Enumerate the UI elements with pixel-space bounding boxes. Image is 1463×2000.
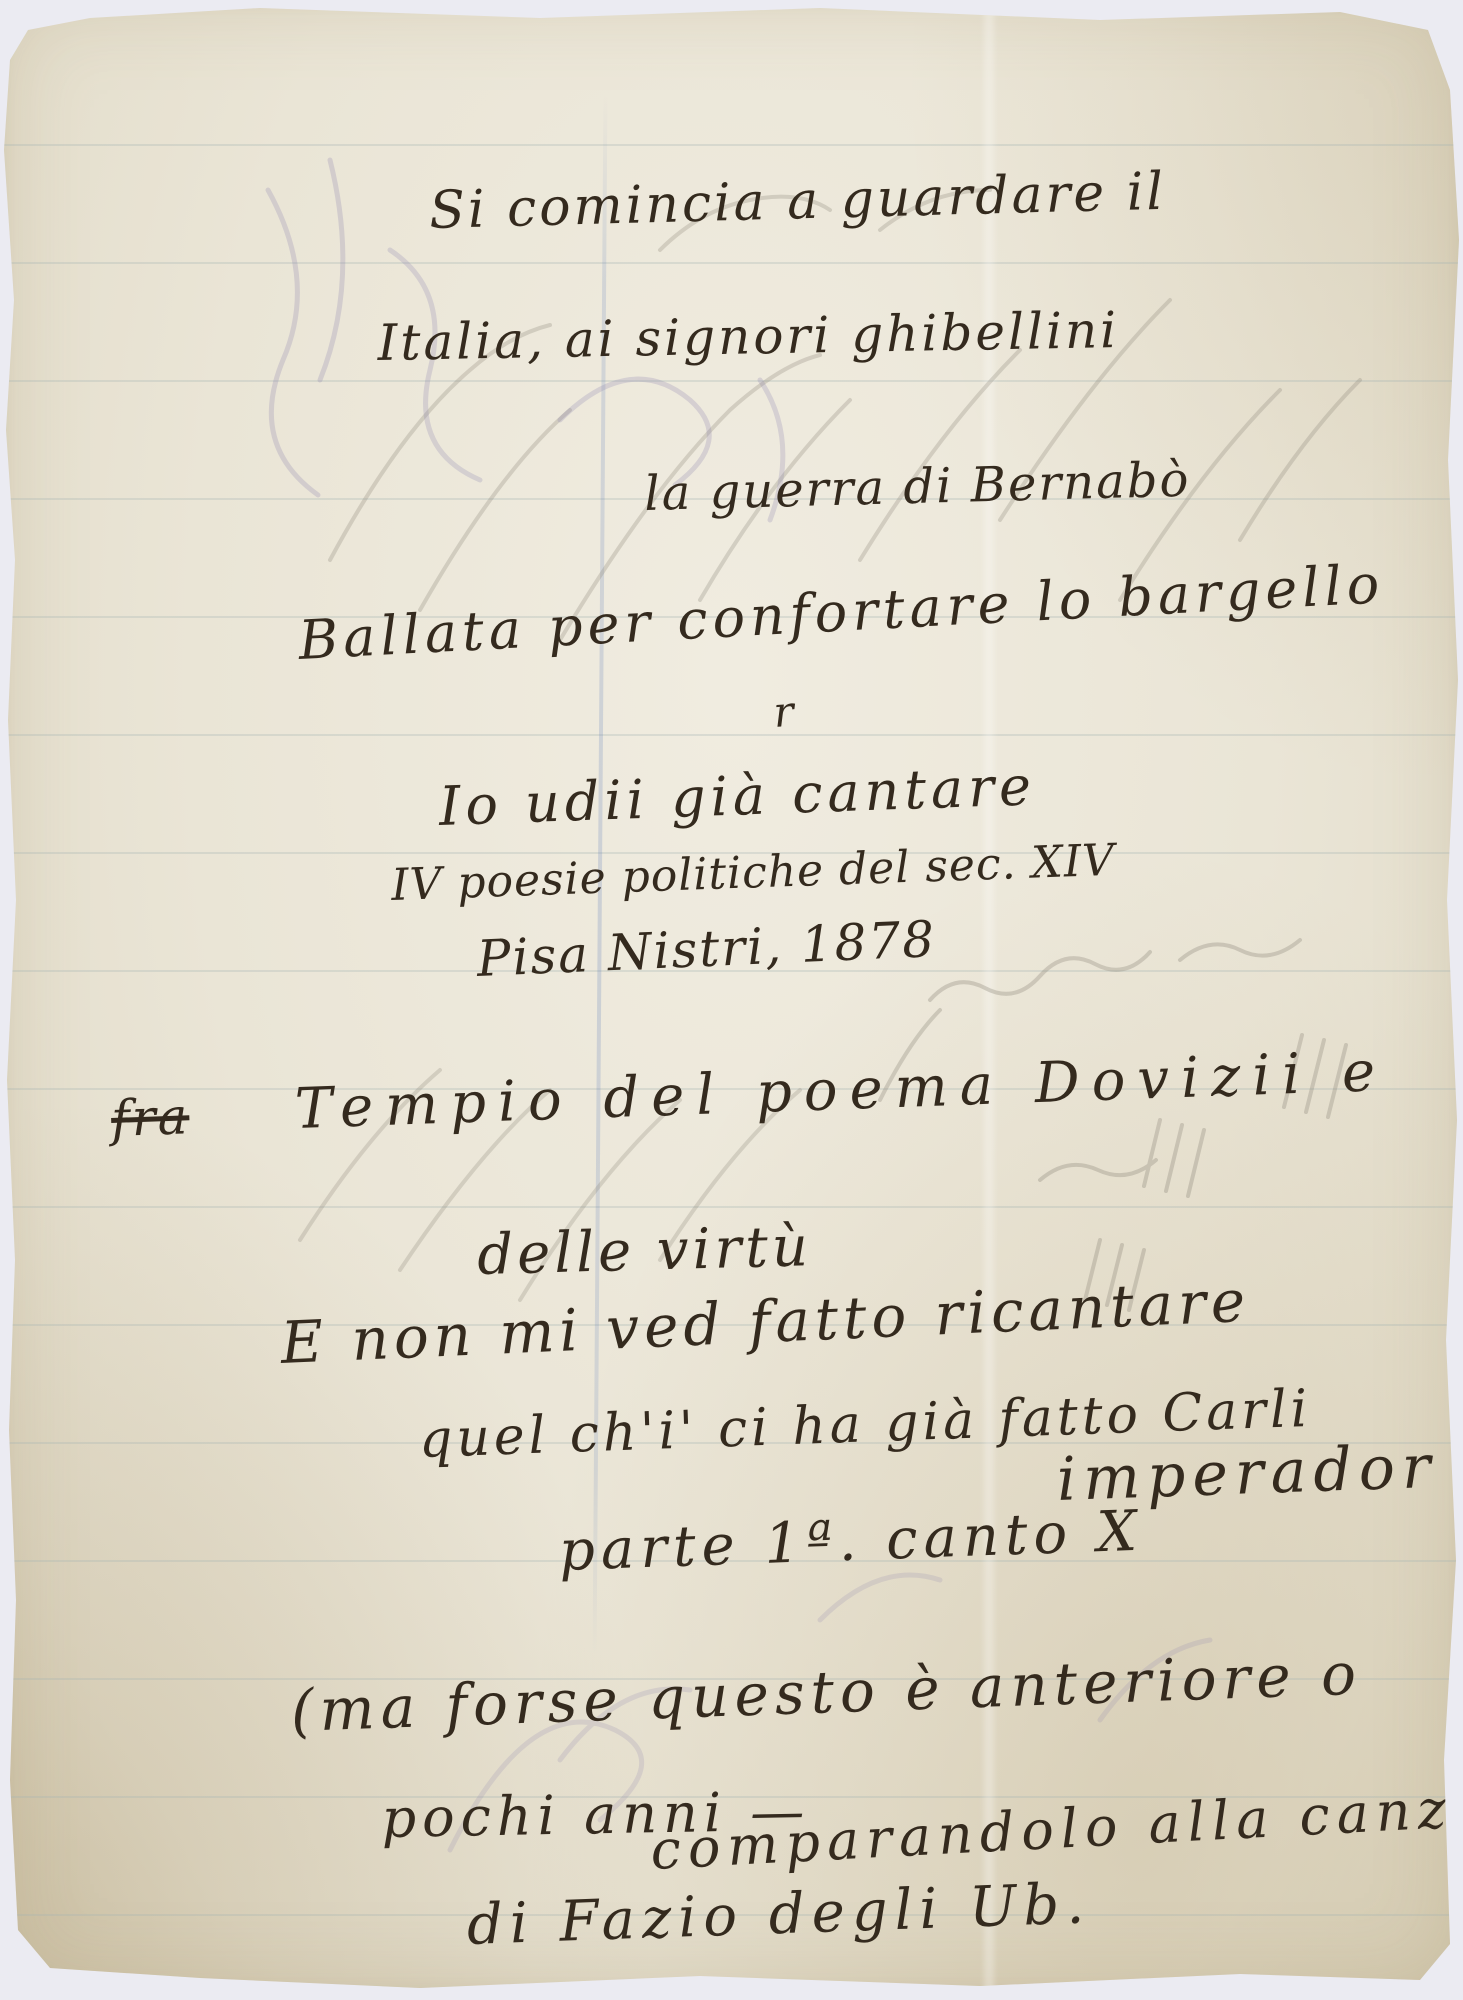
handwriting-line-2: Italia, ai signori ghibellini — [377, 305, 1119, 368]
handwriting-word-struck: fra — [110, 1091, 190, 1144]
handwriting-line-8: Tempio del poema Dovizii e — [294, 1044, 1388, 1138]
paper-sheet: Si comincia a guardare il Italia, ai sig… — [0, 0, 1463, 1992]
handwriting-line-1: Si comincia a guardare il — [429, 166, 1167, 237]
handwriting-line-7: Pisa Nistri, 1878 — [476, 914, 937, 984]
handwriting-line-17: di Fazio degli Ub. — [466, 1876, 1092, 1954]
handwriting-line-5: Io udii già cantare — [438, 759, 1037, 834]
handwriting-line-4: Ballata per confortare lo bargello — [297, 557, 1385, 668]
handwriting-line-14: (ma forse questo è anteriore o — [290, 1645, 1363, 1740]
handwriting-line-13: parte 1ª. canto X — [558, 1504, 1144, 1580]
handwriting-line-10: E non mi ved fatto ricantare — [279, 1272, 1251, 1372]
handwriting-line-3: la guerra di Bernabò — [644, 456, 1191, 518]
handwriting-mark: r — [772, 691, 795, 734]
handwriting-line-6: IV poesie politiche del sec. XIV — [390, 839, 1115, 908]
scanned-document: Si comincia a guardare il Italia, ai sig… — [0, 0, 1463, 2000]
handwriting-line-9: delle virtù — [477, 1219, 813, 1284]
